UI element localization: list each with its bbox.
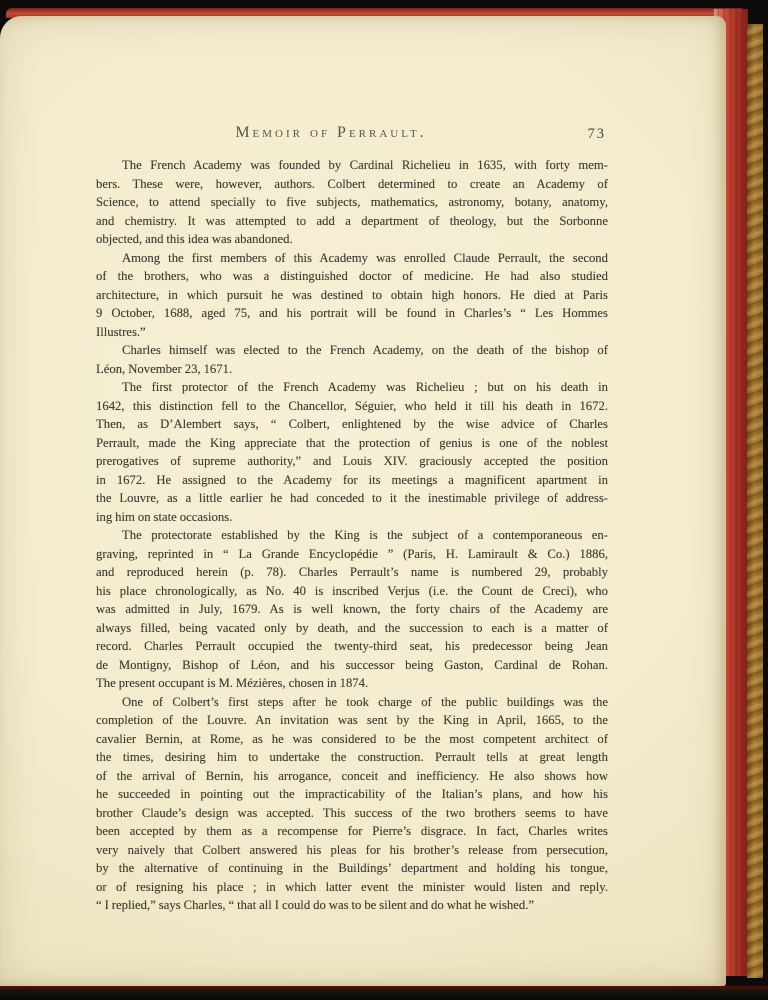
text-line: architecture, in which pursuit he was de…: [96, 286, 608, 305]
text-line: of the brothers, who was a distinguished…: [96, 267, 608, 286]
paragraph: The first protector of the French Academ…: [96, 378, 608, 526]
text-line: by the alternative of continuing in the …: [96, 859, 608, 878]
text-line: brother Claude’s design was accepted. Th…: [96, 804, 608, 823]
text-line: and chemistry. It was attempted to add a…: [96, 212, 608, 231]
text-line: Illustres.”: [96, 323, 608, 342]
text-line: the times, desiring him to undertake the…: [96, 748, 608, 767]
text-line: prerogatives of supreme authority,” and …: [96, 452, 608, 471]
text-line: his place chronologically, as No. 40 is …: [96, 582, 608, 601]
text-line: the Louvre, as a little earlier he had c…: [96, 489, 608, 508]
running-head-title: Memoir of Perrault.: [96, 124, 566, 142]
page-text-block: Memoir of Perrault. 73 The French Academ…: [96, 124, 608, 150]
text-line: graving, reprinted in “ La Grande Encycl…: [96, 545, 608, 564]
text-line: was admitted in July, 1679. As is well k…: [96, 600, 608, 619]
text-line: been accepted by them as a recompense fo…: [96, 822, 608, 841]
book-page: Memoir of Perrault. 73 The French Academ…: [0, 16, 726, 986]
book-cover-edge: [747, 24, 763, 978]
text-line: Science, to attend specially to five sub…: [96, 193, 608, 212]
text-line: de Montigny, Bishop of Léon, and his suc…: [96, 656, 608, 675]
text-line: The present occupant is M. Mézières, cho…: [96, 674, 608, 693]
text-line: and reproduced herein (p. 78). Charles P…: [96, 563, 608, 582]
running-head: Memoir of Perrault. 73: [96, 124, 608, 150]
page-number: 73: [588, 126, 607, 143]
text-line: very naively that Colbert answered his p…: [96, 841, 608, 860]
text-line: 1642, this distinction fell to the Chanc…: [96, 397, 608, 416]
text-line: Then, as D’Alembert says, “ Colbert, enl…: [96, 415, 608, 434]
text-line: One of Colbert’s first steps after he to…: [96, 693, 608, 712]
text-line: Perrault, made the King appreciate that …: [96, 434, 608, 453]
text-line: The first protector of the French Academ…: [96, 378, 608, 397]
paragraph: Among the first members of this Academy …: [96, 249, 608, 342]
text-line: always filled, being vacated only by dea…: [96, 619, 608, 638]
text-line: The French Academy was founded by Cardin…: [96, 156, 608, 175]
text-line: or of resigning his place ; in which lat…: [96, 878, 608, 897]
body-paragraphs: The French Academy was founded by Cardin…: [96, 156, 608, 915]
text-line: record. Charles Perrault occupied the tw…: [96, 637, 608, 656]
paragraph: The French Academy was founded by Cardin…: [96, 156, 608, 249]
text-line: 9 October, 1688, aged 75, and his portra…: [96, 304, 608, 323]
text-line: he succeeded in pointing out the impract…: [96, 785, 608, 804]
paragraph: One of Colbert’s first steps after he to…: [96, 693, 608, 915]
text-line: ing him on state occasions.: [96, 508, 608, 527]
text-line: objected, and this idea was abandoned.: [96, 230, 608, 249]
paragraph: The protectorate established by the King…: [96, 526, 608, 693]
text-line: cavalier Bernin, at Rome, as he was cons…: [96, 730, 608, 749]
text-line: The protectorate established by the King…: [96, 526, 608, 545]
text-line: Léon, November 23, 1671.: [96, 360, 608, 379]
text-line: completion of the Louvre. An invitation …: [96, 711, 608, 730]
text-line: Charles himself was elected to the Frenc…: [96, 341, 608, 360]
text-line: Among the first members of this Academy …: [96, 249, 608, 268]
text-line: in 1672. He assigned to the Academy for …: [96, 471, 608, 490]
bottom-page-edges: [0, 986, 768, 1000]
book-scan-scene: Memoir of Perrault. 73 The French Academ…: [0, 0, 768, 1000]
paragraph: Charles himself was elected to the Frenc…: [96, 341, 608, 378]
text-line: bers. These were, however, authors. Colb…: [96, 175, 608, 194]
text-line: “ I replied,” says Charles, “ that all I…: [96, 896, 608, 915]
text-line: of the arrival of Bernin, his arrogance,…: [96, 767, 608, 786]
